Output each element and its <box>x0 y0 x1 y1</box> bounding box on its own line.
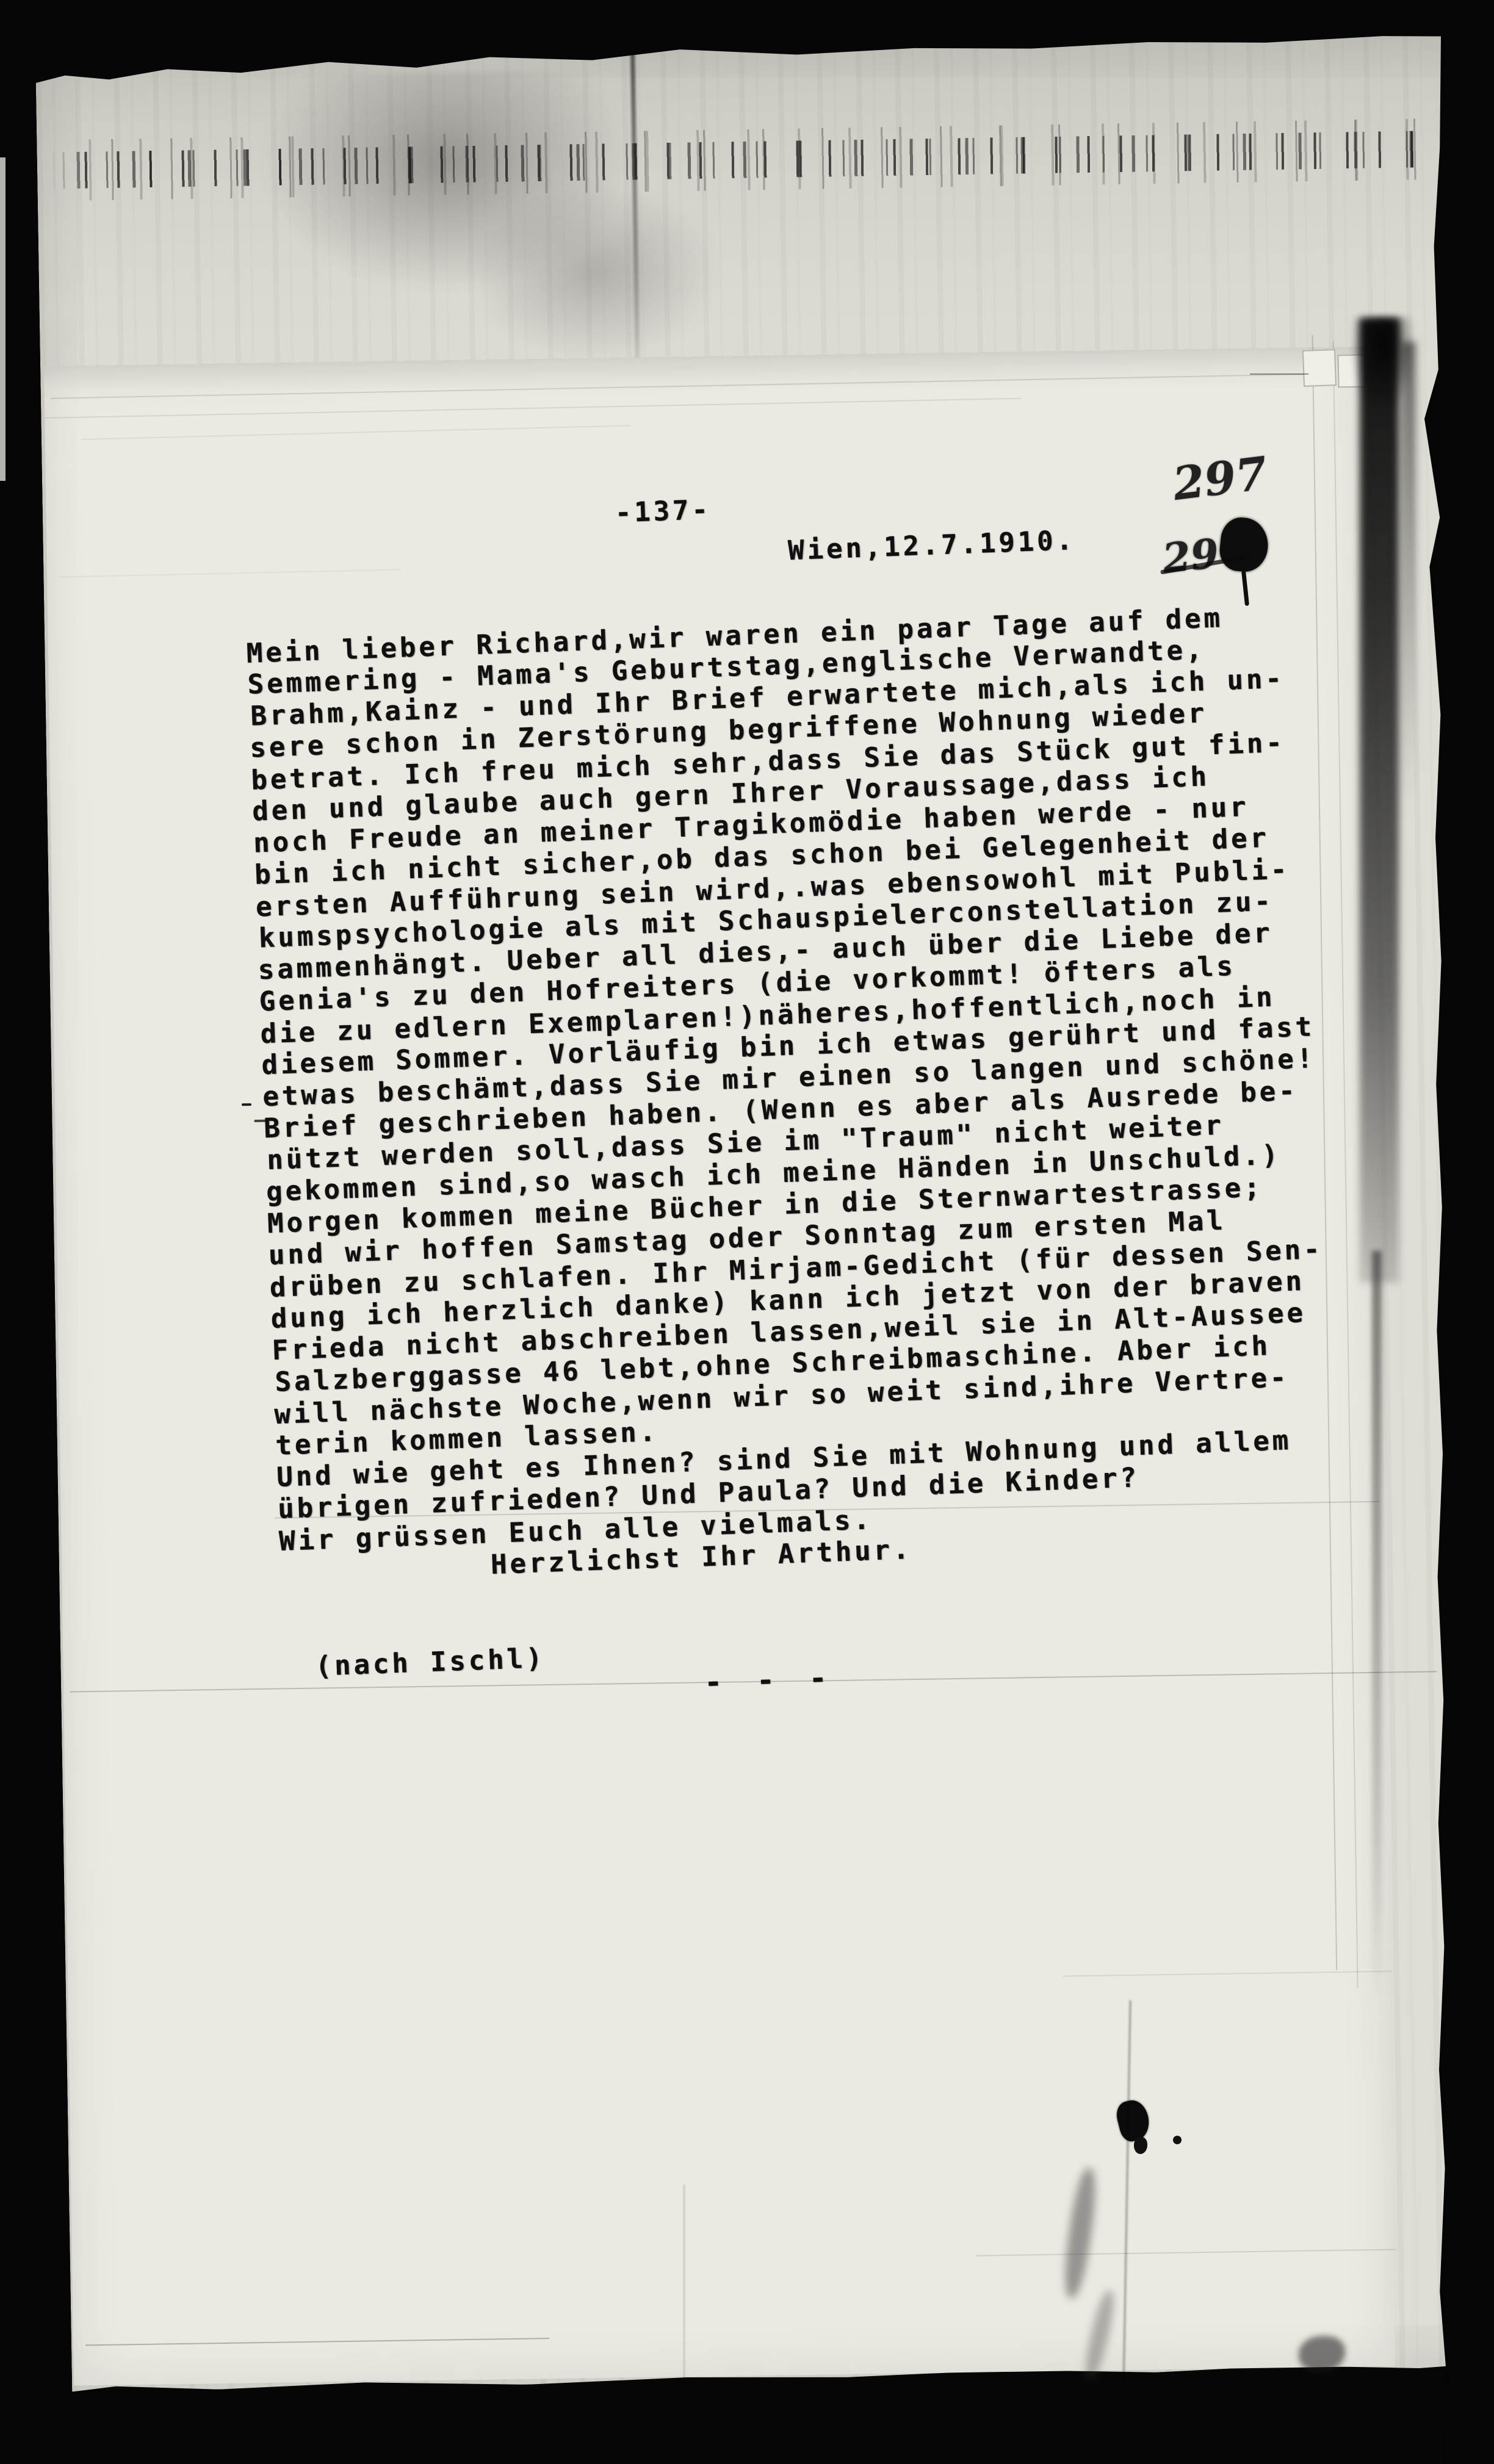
smudge-stain <box>1299 2336 1345 2372</box>
page-edge-sliver <box>0 157 5 481</box>
scanned-letter-photo: -137- Wien,12.7.1910. Mein lieber Richar… <box>0 0 1494 2464</box>
closing-note: (nach Ischl) <box>315 1643 546 1682</box>
crossed-number-digits: 29 <box>1160 529 1221 582</box>
typed-letter-text: -137- Wien,12.7.1910. Mein lieber Richar… <box>241 466 1386 1787</box>
paper-smudge <box>464 178 724 366</box>
page-edge-line <box>51 373 1332 399</box>
page-edge-line <box>82 425 631 440</box>
dogear-edge-line <box>1250 373 1308 375</box>
end-dashes: - - - <box>704 1661 835 1700</box>
dogear-corner <box>1302 349 1337 387</box>
letter-body: Mein lieber Richard,wir waren ein paar T… <box>246 599 1333 1589</box>
scan-hairline <box>975 2249 1396 2256</box>
ink-dot <box>1173 2136 1182 2144</box>
handwritten-folio-number-crossed: 29 <box>1160 529 1221 582</box>
ink-speck <box>242 1103 251 1106</box>
scan-hairline <box>1063 1971 1392 1977</box>
paper-crease <box>684 2185 685 2386</box>
page-edge-shadow <box>1360 319 1399 1283</box>
page-edge-line <box>45 398 1021 419</box>
scan-hairline <box>85 2338 549 2346</box>
dateline: Wien,12.7.1910. <box>787 525 1075 566</box>
page-number: -137- <box>615 494 712 529</box>
page-edge-shadow <box>1401 342 1416 805</box>
